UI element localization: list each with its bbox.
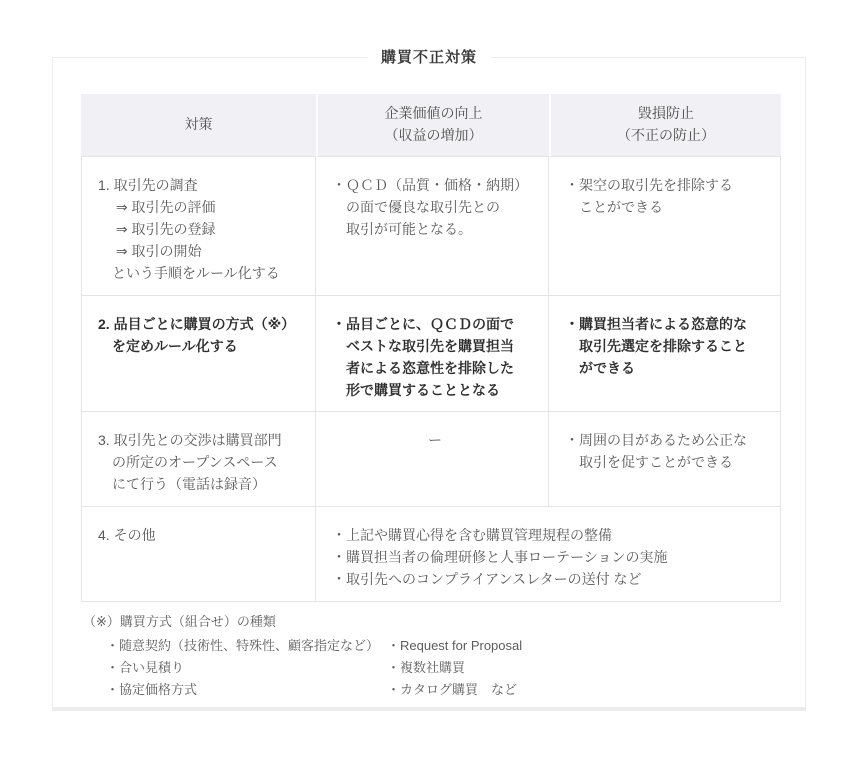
measure-cell: 4. その他	[81, 507, 316, 602]
footnote-item: ・Request for Proposal	[387, 635, 522, 657]
measure-cell: 1. 取引先の調査 ⇒ 取引先の評価 ⇒ 取引先の登録 ⇒ 取引の開始 という手…	[81, 157, 316, 296]
footnote-columns: ・随意契約（技術性、特殊性、顧客指定など） ・合い見積り ・協定価格方式 ・Re…	[106, 635, 522, 701]
footnote-left-column: ・随意契約（技術性、特殊性、顧客指定など） ・合い見積り ・協定価格方式	[106, 635, 387, 701]
table-row-supplier-survey: 1. 取引先の調査 ⇒ 取引先の評価 ⇒ 取引先の登録 ⇒ 取引の開始 という手…	[81, 157, 781, 296]
col-header-value-up: 企業価値の向上 （収益の増加）	[316, 94, 549, 157]
prevention-cell: ・周囲の目があるため公正な 取引を促すことができる	[549, 412, 781, 507]
table-row-purchase-method: 2. 品目ごとに購買の方式（※） を定めルール化する ・品目ごとに、ＱＣＤの面で…	[81, 296, 781, 412]
table-header: 対策 企業価値の向上 （収益の増加） 毀損防止 （不正の防止）	[81, 94, 781, 157]
footnote-title: （※）購買方式（組合せ）の種類	[83, 611, 522, 633]
footnote-item: ・合い見積り	[106, 657, 387, 679]
col-header-measure: 対策	[81, 94, 316, 157]
benefit-cell: ・ＱＣＤ（品質・価格・納期） の面で優良な取引先との 取引が可能となる。	[316, 157, 549, 296]
prevention-cell: ・架空の取引先を排除する ことができる	[549, 157, 781, 296]
page: 購買不正対策 対策 企業価値の向上 （収益の増加） 毀損防止 （不正の防止） 1…	[0, 0, 860, 760]
countermeasures-table: 対策 企業価値の向上 （収益の増加） 毀損防止 （不正の防止） 1. 取引先の調…	[81, 94, 781, 602]
page-title: 購買不正対策	[367, 46, 491, 67]
measure-cell: 2. 品目ごとに購買の方式（※） を定めルール化する	[81, 296, 316, 412]
footnote-item: ・随意契約（技術性、特殊性、顧客指定など）	[106, 635, 387, 657]
footnote-item: ・複数社購買	[387, 657, 522, 679]
col-header-damage-prevention: 毀損防止 （不正の防止）	[549, 94, 781, 157]
content-frame: 購買不正対策 対策 企業価値の向上 （収益の増加） 毀損防止 （不正の防止） 1…	[52, 57, 806, 708]
table-row-negotiation: 3. 取引先との交渉は購買部門 の所定のオープンスペース にて行う（電話は録音）…	[81, 412, 781, 507]
other-measures-merged-cell: ・上記や購買心得を含む購買管理規程の整備 ・購買担当者の倫理研修と人事ローテーシ…	[316, 507, 781, 602]
benefit-cell: ・品目ごとに、ＱＣＤの面で ベストな取引先を購買担当 者による恣意性を排除した …	[316, 296, 549, 412]
prevention-cell: ・購買担当者による恣意的な 取引先選定を排除すること ができる	[549, 296, 781, 412]
benefit-cell-empty: ー	[316, 412, 549, 507]
footnote-item: ・協定価格方式	[106, 679, 387, 701]
footnote-right-column: ・Request for Proposal ・複数社購買 ・カタログ購買 など	[387, 635, 522, 701]
footnote-item: ・カタログ購買 など	[387, 679, 522, 701]
footnote: （※）購買方式（組合せ）の種類 ・随意契約（技術性、特殊性、顧客指定など） ・合…	[83, 611, 522, 701]
measure-cell: 3. 取引先との交渉は購買部門 の所定のオープンスペース にて行う（電話は録音）	[81, 412, 316, 507]
table-row-others: 4. その他 ・上記や購買心得を含む購買管理規程の整備 ・購買担当者の倫理研修と…	[81, 507, 781, 602]
